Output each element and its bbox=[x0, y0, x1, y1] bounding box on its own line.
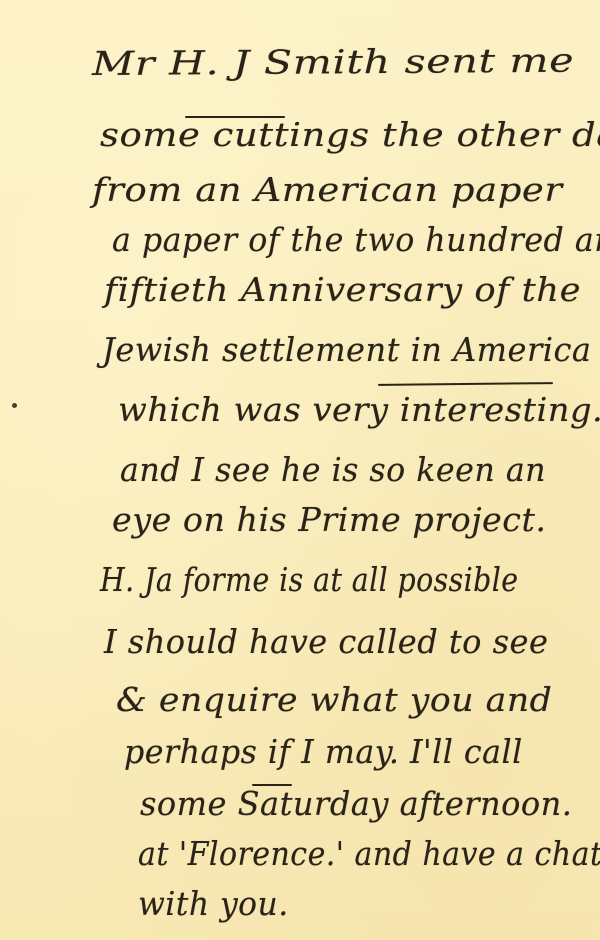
letter-line-7: which was very interesting. bbox=[118, 390, 600, 429]
letter-line-14: some Saturday afternoon. bbox=[140, 784, 572, 823]
letter-page: Mr H. J Smith sent me some cuttings the … bbox=[0, 0, 600, 940]
t-cross-stroke bbox=[185, 116, 285, 118]
letter-line-3: from an American paper bbox=[92, 170, 563, 209]
t-cross-stroke bbox=[252, 784, 292, 786]
letter-line-11: I should have called to see bbox=[104, 622, 548, 661]
letter-line-8: and I see he is so keen an bbox=[120, 450, 546, 489]
letter-line-9: eye on his Prime project. bbox=[112, 500, 546, 539]
t-cross-stroke bbox=[378, 382, 553, 386]
letter-line-10: H. Ja forme is at all possible bbox=[100, 560, 518, 599]
letter-line-13: perhaps if I may. I'll call bbox=[124, 732, 523, 771]
letter-line-4: a paper of the two hundred and bbox=[112, 220, 600, 259]
ink-spot bbox=[12, 403, 17, 408]
letter-line-16: with you. bbox=[138, 884, 289, 923]
letter-line-15: at 'Florence.' and have a chat. bbox=[138, 834, 600, 873]
letter-line-2: some cuttings the other day bbox=[100, 115, 600, 154]
letter-line-1: Mr H. J Smith sent me bbox=[92, 41, 575, 83]
letter-line-5: fiftieth Anniversary of the bbox=[104, 270, 581, 309]
letter-line-12: & enquire what you and bbox=[116, 680, 552, 719]
letter-line-6: Jewish settlement in America bbox=[102, 330, 591, 369]
